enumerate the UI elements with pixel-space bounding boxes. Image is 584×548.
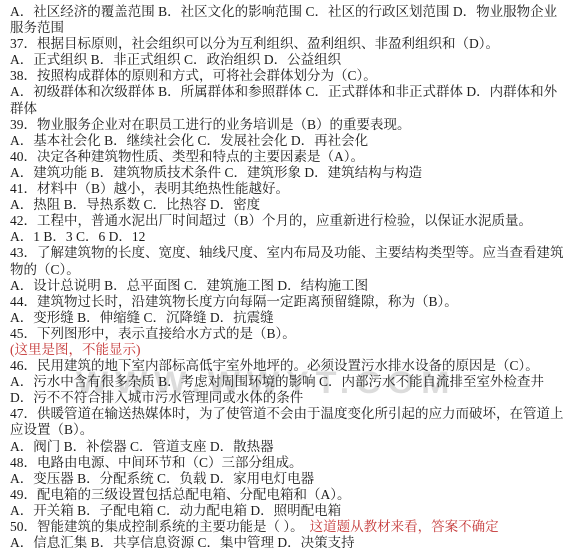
text-line: A．正式组织 B．非正式组织 C．政治组织 D．公益组织	[0, 52, 584, 68]
text-line: 47．供暖管道在输送热媒体时，为了使管道不会由于温度变化所引起的应力而破坏，在管…	[0, 406, 584, 422]
line-text: 38．按照构成群体的原则和方式，可将社会群体划分为（C）。	[10, 68, 377, 83]
text-line: A．信息汇集 B．共享信息资源 C．集中管理 D．决策支持	[0, 535, 584, 548]
line-text: A．阀门 B．补偿器 C．管道支座 D．散热器	[10, 439, 274, 454]
text-line: 服务范围	[0, 20, 584, 36]
text-line: A．变压器 B．分配系统 C．负载 D．家用电灯电器	[0, 471, 584, 487]
text-line: 37．根据目标原则，社会组织可以分为互利组织、盈利组织、非盈利组织和（D）。	[0, 36, 584, 52]
line-text: A．热阻 B．导热系数 C．比热容 D．密度	[10, 197, 260, 212]
line-text: 40．决定各种建筑物性质、类型和特点的主要因素是（A）。	[10, 149, 364, 164]
text-line: A．污水中含有很多杂质 B．考虑对周围环境的影响 C．内部污水不能自流排至室外检…	[0, 374, 584, 390]
line-text: A．变压器 B．分配系统 C．负载 D．家用电灯电器	[10, 471, 314, 486]
line-text: 41．材料中（B）越小，表明其绝热性能越好。	[10, 181, 289, 196]
line-text: A．基本社会化 B．继续社会化 C．发展社会化 D．再社会化	[10, 133, 368, 148]
line-text: A．社区经济的覆盖范围 B．社区文化的影响范围 C．社区的行政区划范围 D．物业…	[10, 4, 557, 19]
line-text: 47．供暖管道在输送热媒体时，为了使管道不会由于温度变化所引起的应力而破坏，在管…	[10, 406, 564, 421]
line-text: A．开关箱 B．子配电箱 C．动力配电箱 D．照明配电箱	[10, 503, 341, 518]
text-line: 40．决定各种建筑物性质、类型和特点的主要因素是（A）。	[0, 149, 584, 165]
figure-placeholder-note: (这里是图，不能显示)	[0, 342, 584, 358]
text-line: 应设置（B）。	[0, 422, 584, 438]
question-lines: A．社区经济的覆盖范围 B．社区文化的影响范围 C．社区的行政区划范围 D．物业…	[0, 0, 584, 548]
line-text: A．设计总说明 B．总平面图 C．建筑施工图 D．结构施工图	[10, 278, 368, 293]
text-line: A．阀门 B．补偿器 C．管道支座 D．散热器	[0, 439, 584, 455]
line-text: A．变形缝 B．伸缩缝 C．沉降缝 D．抗震缝	[10, 310, 274, 325]
line-text: A．正式组织 B．非正式组织 C．政治组织 D．公益组织	[10, 52, 341, 67]
line-text: 43．了解建筑物的长度、宽度、轴线尺度、室内布局及功能、主要结构类型等。应当查看…	[10, 245, 564, 260]
text-line: A．设计总说明 B．总平面图 C．建筑施工图 D．结构施工图	[0, 278, 584, 294]
text-line: 45．下列图形中，表示直接给水方式的是（B）。	[0, 326, 584, 342]
line-text: 服务范围	[10, 20, 64, 35]
line-text: 42．工程中，普通水泥出厂时间超过（B）个月的，应重新进行检验，以保证水泥质量。	[10, 213, 532, 228]
line-text: A．污水中含有很多杂质 B．考虑对周围环境的影响 C．内部污水不能自流排至室外检…	[10, 374, 544, 389]
text-line: A．社区经济的覆盖范围 B．社区文化的影响范围 C．社区的行政区划范围 D．物业…	[0, 4, 584, 20]
text-line: 43．了解建筑物的长度、宽度、轴线尺度、室内布局及功能、主要结构类型等。应当查看…	[0, 245, 584, 261]
line-text: 50．智能建筑的集成控制系统的主要功能是（ ）。	[10, 519, 304, 534]
text-line: 46．民用建筑的地下室内部标高低宇室外地坪的。必须设置污水排水设备的原因是（C）…	[0, 358, 584, 374]
line-text: A．1 B．3 C．6 D．12	[10, 229, 145, 244]
text-line: 物的（C）。	[0, 262, 584, 278]
text-line: 39．物业服务企业对在职员工进行的业务培训是（B）的重要表现。	[0, 117, 584, 133]
text-line: A．初级群体和次级群体 B．所属群体和参照群体 C．正式群体和非正式群体 D．内…	[0, 84, 584, 100]
line-text: 46．民用建筑的地下室内部标高低宇室外地坪的。必须设置污水排水设备的原因是（C）…	[10, 358, 539, 373]
exam-question-sheet: WWW.WWYT.COM A．社区经济的覆盖范围 B．社区文化的影响范围 C．社…	[0, 0, 584, 548]
text-line: 42．工程中，普通水泥出厂时间超过（B）个月的，应重新进行检验，以保证水泥质量。	[0, 213, 584, 229]
text-line: A．变形缝 B．伸缩缝 C．沉降缝 D．抗震缝	[0, 310, 584, 326]
text-line: 48．电路由电源、中间环节和（C）三部分组成。	[0, 455, 584, 471]
line-text: A．初级群体和次级群体 B．所属群体和参照群体 C．正式群体和非正式群体 D．内…	[10, 84, 557, 99]
line-text: 44．建筑物过长时，沿建筑物长度方向每隔一定距离预留缝隙，称为（B）。	[10, 294, 458, 309]
text-line: D．污不不符合排入城市污水管理同或水体的条件	[0, 390, 584, 406]
text-line: A．基本社会化 B．继续社会化 C．发展社会化 D．再社会化	[0, 133, 584, 149]
text-line: 38．按照构成群体的原则和方式，可将社会群体划分为（C）。	[0, 68, 584, 84]
line-text: D．污不不符合排入城市污水管理同或水体的条件	[10, 390, 303, 405]
line-text: A．建筑功能 B．建筑物质技术条件 C．建筑形象 D．建筑结构与构造	[10, 165, 422, 180]
text-line: 50．智能建筑的集成控制系统的主要功能是（ ）。这道题从教材来看，答案不确定	[0, 519, 584, 535]
text-line: 41．材料中（B）越小，表明其绝热性能越好。	[0, 181, 584, 197]
line-text: 48．电路由电源、中间环节和（C）三部分组成。	[10, 455, 303, 470]
line-text: 39．物业服务企业对在职员工进行的业务培训是（B）的重要表现。	[10, 117, 411, 132]
line-text: A．信息汇集 B．共享信息资源 C．集中管理 D．决策支持	[10, 535, 355, 548]
text-line: 49．配电箱的三级设置包括总配电箱、分配电箱和（A）。	[0, 487, 584, 503]
answer-uncertain-note: 这道题从教材来看，答案不确定	[304, 519, 499, 534]
line-text: 49．配电箱的三级设置包括总配电箱、分配电箱和（A）。	[10, 487, 351, 502]
line-text: 应设置（B）。	[10, 422, 93, 437]
text-line: A．1 B．3 C．6 D．12	[0, 229, 584, 245]
line-text: 群体	[10, 101, 37, 116]
text-line: A．建筑功能 B．建筑物质技术条件 C．建筑形象 D．建筑结构与构造	[0, 165, 584, 181]
text-line: 44．建筑物过长时，沿建筑物长度方向每隔一定距离预留缝隙，称为（B）。	[0, 294, 584, 310]
text-line: 群体	[0, 101, 584, 117]
text-line: A．开关箱 B．子配电箱 C．动力配电箱 D．照明配电箱	[0, 503, 584, 519]
line-text: (这里是图，不能显示)	[10, 342, 141, 357]
line-text: 45．下列图形中，表示直接给水方式的是（B）。	[10, 326, 296, 341]
line-text: 物的（C）。	[10, 262, 80, 277]
line-text: 37．根据目标原则，社会组织可以分为互利组织、盈利组织、非盈利组织和（D）。	[10, 36, 499, 51]
text-line: A．热阻 B．导热系数 C．比热容 D．密度	[0, 197, 584, 213]
